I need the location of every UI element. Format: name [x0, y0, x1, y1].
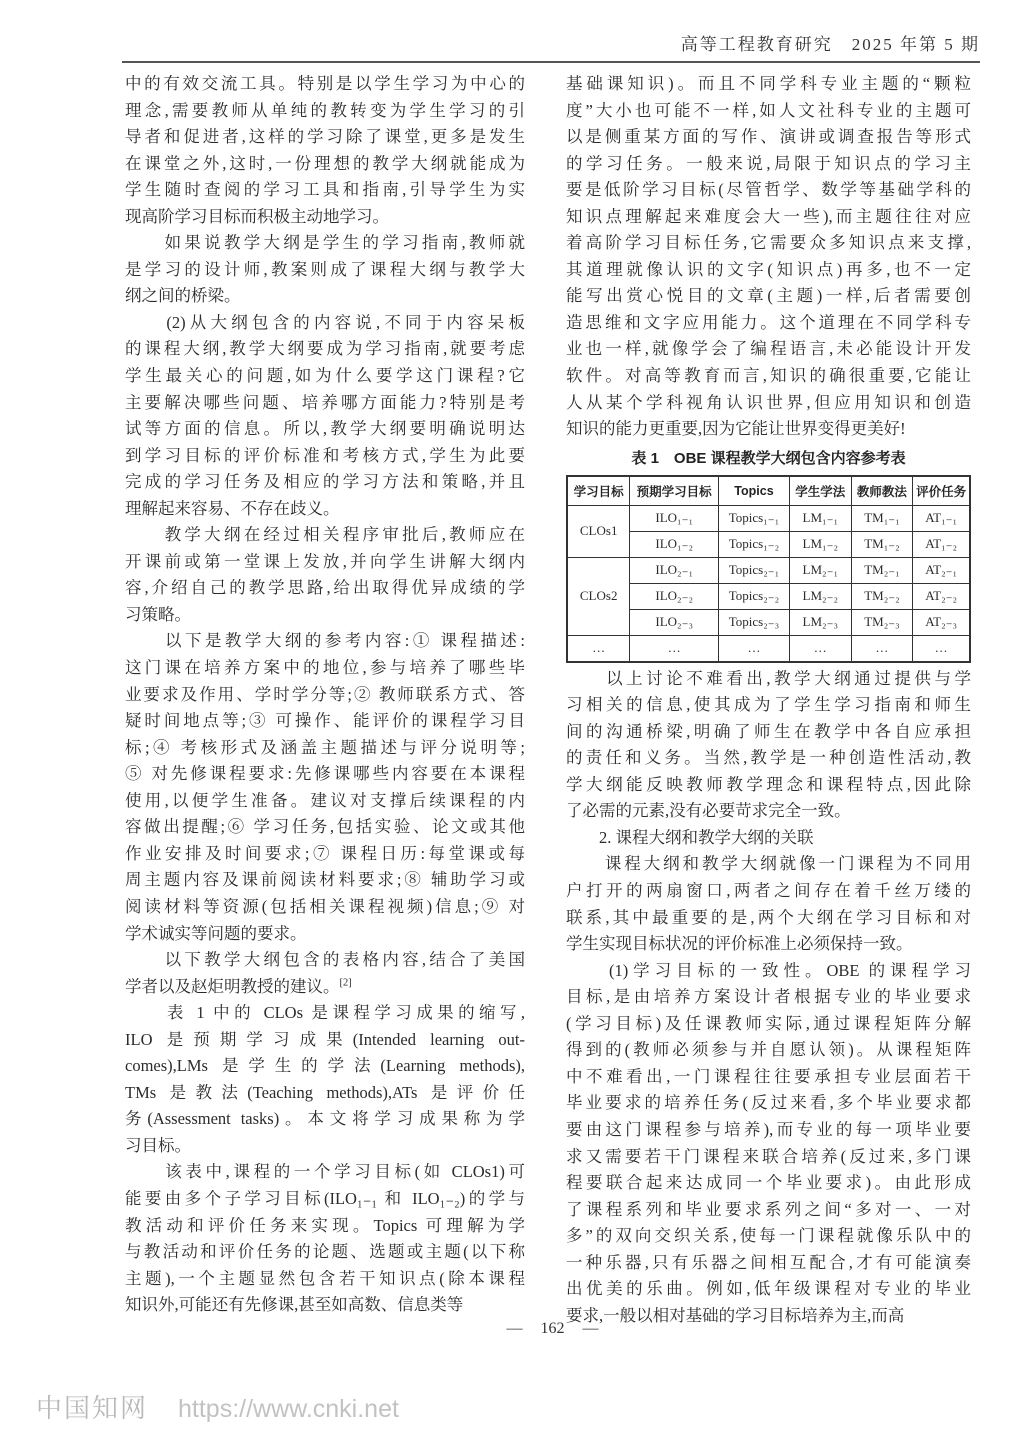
table-cell: LM₂₋₃: [789, 609, 851, 635]
text-line: 目标,是由培养方案设计者根据专业的毕业要求: [566, 984, 971, 1011]
journal-issue-header: 高等工程教育研究 2025 年第 5 期: [681, 30, 980, 55]
text-line: 主题),一个主题显然包含若干知识点(除本课程: [125, 1266, 525, 1293]
text-line: 导者和促进者,这样的学习除了课堂,更多是发生: [125, 124, 525, 151]
text-line: 业要求及作用、学时学分等;② 教师联系方式、答: [125, 682, 525, 709]
page-number: — 162 —: [125, 1320, 980, 1338]
table-cell: ILO₂₋₁: [630, 557, 719, 583]
text-line: 中不难看出,一门课程往往要承担专业层面若干: [566, 1064, 971, 1091]
table-cell: TM₂₋₂: [851, 583, 913, 609]
table-cell: AT₂₋₃: [913, 609, 970, 635]
text-line: 习相关的信息,使其成为了学生学习指南和师生: [566, 692, 971, 719]
text-line: 得到的(教师必须参与并自愿认领)。从课程矩阵: [566, 1037, 971, 1064]
table-header-cell: 教师教法: [851, 476, 913, 506]
text-line: 表 1 中的 CLOs 是课程学习成果的缩写,: [125, 1000, 525, 1027]
text-line: ILO 是预期学习成果(Intended learning out-: [125, 1027, 525, 1054]
table-header-cell: 评价任务: [913, 476, 970, 506]
table-cell: ILO₁₋₂: [630, 531, 719, 557]
text-line: 知识的能力更重要,因为它能让世界变得更美好!: [566, 416, 971, 443]
text-line: 教学大纲在经过相关程序审批后,教师应在: [125, 522, 525, 549]
header-divider-rule: [122, 61, 980, 63]
text-line: 教活动和评价任务来实现。Topics 可理解为学: [125, 1213, 525, 1240]
table-cell: AT₂₋₁: [913, 557, 970, 583]
text-line: ⑤ 对先修课程要求:先修课哪些内容要在本课程: [125, 761, 525, 788]
table-cell: AT₁₋₂: [913, 531, 970, 557]
text-line: 程要联合起来达成同一个毕业要求)。由此形成: [566, 1170, 971, 1197]
text-line: 课程大纲和教学大纲就像一门课程为不同用: [566, 851, 971, 878]
table-row: CLOs2ILO₂₋₁Topics₂₋₁LM₂₋₁TM₂₋₁AT₂₋₁: [567, 557, 970, 583]
table-cell: …: [630, 635, 719, 662]
text-line: 学术诚实等问题的要求。: [125, 921, 525, 948]
text-line: 其道理就像认识的文字(知识点)再多,也不一定: [566, 257, 971, 284]
text-line: 作业安排及时间要求;⑦ 课程日历:每堂课或每: [125, 841, 525, 868]
text-line: 使用,以便学生准备。建议对支撑后续课程的内: [125, 788, 525, 815]
text-line: 了课程系列和毕业要求系列之间“多对一、一对: [566, 1197, 971, 1224]
table-group-label-cell: CLOs2: [567, 557, 630, 635]
text-line: (学习目标)及任课教师实际,通过课程矩阵分解: [566, 1011, 971, 1038]
text-line: 该表中,课程的一个学习目标(如 CLOs1)可: [125, 1159, 525, 1186]
text-line: 以上讨论不难看出,教学大纲通过提供与学: [566, 666, 971, 693]
text-line: 了必需的元素,没有必要苛求完全一致。: [566, 798, 971, 825]
table-row: ………………: [567, 635, 970, 662]
text-line: 习目标。: [125, 1133, 525, 1160]
text-line: 以是侧重某方面的写作、演讲或调查报告等形式: [566, 124, 971, 151]
text-line: 理解起来容易、不存在歧义。: [125, 496, 525, 523]
table-cell: Topics₂₋₁: [719, 557, 790, 583]
text-line: 求又需要若干门课程来联合培养(反过来,多门课: [566, 1144, 971, 1171]
text-line: 标;④ 考核形式及涵盖主题描述与评分说明等;: [125, 735, 525, 762]
text-line: 造思维和文字应用能力。这个道理在不同学科专: [566, 310, 971, 337]
table-cell: LM₁₋₂: [789, 531, 851, 557]
text-line: 能写出赏心悦目的文章(主题)一样,后者需要创: [566, 283, 971, 310]
text-line: 习策略。: [125, 602, 525, 629]
text-line: 的课程大纲,教学大纲要成为学习指南,就要考虑: [125, 336, 525, 363]
text-line: 理念,需要教师从单纯的教转变为学生学习的引: [125, 98, 525, 125]
right-text-column: 基础课知识)。而且不同学科专业主题的“颗粒度”大小也可能不一样,如人文社科专业的…: [566, 71, 971, 1329]
text-line: 如果说教学大纲是学生的学习指南,教师就: [125, 230, 525, 257]
text-line: 容做出提醒;⑥ 学习任务,包括实验、论文或其他: [125, 814, 525, 841]
table-cell: …: [719, 635, 790, 662]
text-line: 度”大小也可能不一样,如人文社科专业的主题可: [566, 98, 971, 125]
text-line: 着高阶学习目标任务,它需要众多知识点来支撑,: [566, 230, 971, 257]
text-line: 学大纲能反映教师教学理念和课程特点,因此除: [566, 772, 971, 799]
text-line: 容,介绍自己的教学思路,给出取得优异成绩的学: [125, 575, 525, 602]
right-column-text-top: 基础课知识)。而且不同学科专业主题的“颗粒度”大小也可能不一样,如人文社科专业的…: [566, 71, 971, 443]
text-line: 一种乐器,只有乐器之间相互配合,才有可能演奏: [566, 1250, 971, 1277]
table-header-cell: 学习目标: [567, 476, 630, 506]
table-cell: AT₁₋₁: [913, 505, 970, 531]
left-column-text: 中的有效交流工具。特别是以学生学习为中心的理念,需要教师从单纯的教转变为学生学习…: [125, 71, 525, 1319]
text-line: 现高阶学习目标而积极主动地学习。: [125, 204, 525, 231]
table-cell: TM₂₋₁: [851, 557, 913, 583]
text-line: 以下是教学大纲的参考内容:① 课程描述:: [125, 628, 525, 655]
text-line: 这门课在培养方案中的地位,参与培养了哪些毕: [125, 655, 525, 682]
table-cell: Topics₁₋₁: [719, 505, 790, 531]
cnki-url: https://www.cnki.net: [178, 1395, 399, 1424]
text-line: (2)从大纲包含的内容说,不同于内容呆板: [125, 310, 525, 337]
text-line: 纲之间的桥梁。: [125, 283, 525, 310]
text-line: 周主题内容及课前阅读材料要求;⑧ 辅助学习或: [125, 867, 525, 894]
table-group-label-cell: CLOs1: [567, 505, 630, 557]
text-line: 要是低阶学习目标(尽管哲学、数学等基础学科的: [566, 177, 971, 204]
table-cell: TM₁₋₂: [851, 531, 913, 557]
text-line: 学者以及赵炬明教授的建议。[2]: [125, 974, 525, 1001]
text-line: 学生实现目标状况的评价标准上必须保持一致。: [566, 931, 971, 958]
table-cell: AT₂₋₂: [913, 583, 970, 609]
text-line: 完成的学习任务及相应的学习方法和策略,并且: [125, 469, 525, 496]
table-cell: Topics₂₋₂: [719, 583, 790, 609]
table-cell: LM₁₋₁: [789, 505, 851, 531]
obe-syllabus-table: 学习目标预期学习目标Topics学生学法教师教法评价任务CLOs1ILO₁₋₁T…: [566, 475, 971, 663]
text-line: 毕业要求的培养任务(反过来看,多个毕业要求都: [566, 1090, 971, 1117]
text-line: 与教活动和评价任务的论题、选题或主题(以下称: [125, 1239, 525, 1266]
text-line: 主要解决哪些问题、培养哪方面能力?特别是考: [125, 390, 525, 417]
text-line: 试等方面的信息。所以,教学大纲要明确说明达: [125, 416, 525, 443]
text-line: 基础课知识)。而且不同学科专业主题的“颗粒: [566, 71, 971, 98]
table-cell: LM₂₋₁: [789, 557, 851, 583]
text-line: 是学习的设计师,教案则成了课程大纲与教学大: [125, 257, 525, 284]
text-line: 2. 课程大纲和教学大纲的关联: [566, 825, 971, 852]
text-line: 人从某个学科视角认识世界,但应用知识和创造: [566, 390, 971, 417]
cnki-watermark: 中国知网 https://www.cnki.net: [36, 1388, 399, 1425]
table-cell: …: [851, 635, 913, 662]
text-line: 软件。对高等教育而言,知识的确很重要,它能让: [566, 363, 971, 390]
text-line: 以下教学大纲包含的表格内容,结合了美国: [125, 947, 525, 974]
table-cell: ILO₁₋₁: [630, 505, 719, 531]
table-cell: …: [789, 635, 851, 662]
table-cell: Topics₁₋₂: [719, 531, 790, 557]
right-column-text-bottom: 以上讨论不难看出,教学大纲通过提供与学习相关的信息,使其成为了学生学习指南和师生…: [566, 666, 971, 1330]
table-cell: ILO₂₋₃: [630, 609, 719, 635]
scanned-paper-page: 高等工程教育研究 2025 年第 5 期 中的有效交流工具。特别是以学生学习为中…: [0, 0, 1024, 1430]
table-caption: 表 1 OBE 课程教学大纲包含内容参考表: [566, 449, 971, 469]
text-line: 要由这门课程参与培养),而专业的每一项毕业要: [566, 1117, 971, 1144]
table-header-cell: Topics: [719, 476, 790, 506]
cnki-logo-text: 中国知网: [36, 1388, 148, 1425]
table-cell: TM₂₋₃: [851, 609, 913, 635]
text-line: TMs 是教法(Teaching methods),ATs 是评价任: [125, 1080, 525, 1107]
text-line: 中的有效交流工具。特别是以学生学习为中心的: [125, 71, 525, 98]
table-cell: Topics₂₋₃: [719, 609, 790, 635]
text-line: comes),LMs 是学生的学法(Learning methods),: [125, 1053, 525, 1080]
text-line: 学生最关心的问题,如为什么要学这门课程?它: [125, 363, 525, 390]
table-cell: LM₂₋₂: [789, 583, 851, 609]
table-cell: …: [913, 635, 970, 662]
text-line: (1)学习目标的一致性。OBE 的课程学习: [566, 958, 971, 985]
text-line: 出优美的乐曲。例如,低年级课程对专业的毕业: [566, 1276, 971, 1303]
text-line: 阅读材料等资源(包括相关课程视频)信息;⑨ 对: [125, 894, 525, 921]
text-line: 务(Assessment tasks)。本文将学习成果称为学: [125, 1106, 525, 1133]
text-line: 疑时间地点等;③ 可操作、能评价的课程学习目: [125, 708, 525, 735]
text-line: 多”的双向交织关系,使每一门课程就像乐队中的: [566, 1223, 971, 1250]
table-group-label-cell: …: [567, 635, 630, 662]
text-line: 的责任和义务。当然,教学是一种创造性活动,教: [566, 745, 971, 772]
text-line: 在课堂之外,这时,一份理想的教学大纲就能成为: [125, 151, 525, 178]
text-line: 业也一样,就像学会了编程语言,未必能设计开发: [566, 336, 971, 363]
text-line: 间的沟通桥梁,明确了师生在教学中各自应承担: [566, 719, 971, 746]
text-line: 能要由多个子学习目标(ILO₁₋₁ 和 ILO₁₋₂)的学与: [125, 1186, 525, 1213]
text-line: 知识点理解起来难度会大一些),而主题往往对应: [566, 204, 971, 231]
text-line: 到学习目标的评价标准和考核方式,学生为此要: [125, 443, 525, 470]
text-line: 户打开的两扇窗口,两者之间存在着千丝万缕的: [566, 878, 971, 905]
table-cell: TM₁₋₁: [851, 505, 913, 531]
text-line: 的学习任务。一般来说,局限于知识点的学习主: [566, 151, 971, 178]
table-row: CLOs1ILO₁₋₁Topics₁₋₁LM₁₋₁TM₁₋₁AT₁₋₁: [567, 505, 970, 531]
left-text-column: 中的有效交流工具。特别是以学生学习为中心的理念,需要教师从单纯的教转变为学生学习…: [125, 71, 525, 1319]
table-cell: ILO₂₋₂: [630, 583, 719, 609]
text-line: 知识外,可能还有先修课,甚至如高数、信息类等: [125, 1292, 525, 1319]
text-line: 学生随时查阅的学习工具和指南,引导学生为实: [125, 177, 525, 204]
text-line: 开课前或第一堂课上发放,并向学生讲解大纲内: [125, 549, 525, 576]
table-header-cell: 学生学法: [789, 476, 851, 506]
table-header-cell: 预期学习目标: [630, 476, 719, 506]
text-line: 联系,其中最重要的是,两个大纲在学习目标和对: [566, 905, 971, 932]
